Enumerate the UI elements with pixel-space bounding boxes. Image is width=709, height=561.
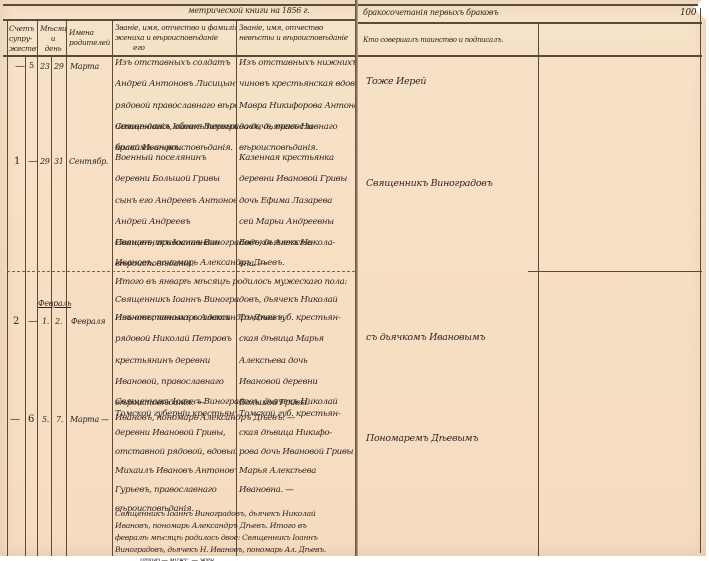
record-3-count: 2 — [13, 317, 19, 327]
col-line-1 — [37, 19, 38, 556]
register-sheet: метрической книги на 1856 г. Счетъ супру… — [0, 0, 706, 556]
record-4-day: 7. — [56, 416, 63, 424]
header-count: Счетъ супру- жествъ — [9, 24, 37, 54]
record-2-name: Сентябр. — [69, 158, 108, 166]
right-entry-1: Тоже Иерей — [366, 77, 426, 87]
right-entry-4: Пономаремъ Дѣевымъ — [366, 434, 478, 444]
record-1-count: — — [15, 62, 25, 72]
right-edge-line — [700, 8, 701, 553]
left-header-title: метрической книги на 1856 г. — [188, 7, 309, 15]
col-line-2 — [66, 19, 67, 556]
record-1-name: Марта — [70, 63, 99, 71]
record-4-seq: 6 — [28, 415, 34, 425]
header-month-day: Мѣсяцъ и день — [40, 24, 66, 54]
record-1-month: 23 — [40, 63, 50, 71]
page-fold — [355, 0, 358, 556]
record-3-name: Февраля — [71, 318, 105, 326]
record-3-seq: — — [28, 317, 38, 327]
header-groom: Званіе, имя, отчество и фамилія жениха и… — [115, 23, 236, 53]
rule-right-top — [358, 4, 698, 6]
right-col-line — [538, 22, 539, 556]
record-2-count: 1 — [14, 157, 20, 167]
record-4-witnesses: Священникъ Іоаннъ Виноградовъ, дьячекъ Н… — [115, 508, 355, 561]
right-entry-2: Священникъ Виноградовъ — [366, 179, 493, 189]
rule-right-header-columns — [358, 55, 702, 57]
record-3-day: 2. — [55, 318, 62, 326]
right-entry-3: съ дьячкомъ Ивановымъ — [366, 333, 485, 343]
header-bride: Званіе, имя, отчество невѣсты и вѣроиспо… — [239, 23, 355, 43]
record-1-day: 29 — [54, 63, 64, 71]
rule-right-mid — [528, 271, 702, 272]
month-label-february: Февраль — [38, 300, 71, 308]
col-line-3 — [112, 19, 113, 556]
record-2-day: 31 — [54, 158, 64, 166]
header-performed-by: Кто совершалъ таинство и подписалъ. — [363, 37, 503, 44]
record-1-seq: 5 — [29, 62, 34, 70]
record-4-bride: Томской губ. крестьян- ская дѣвица Никиф… — [239, 405, 355, 500]
rule-right-header-title — [358, 22, 702, 24]
record-2-seq: — — [28, 157, 38, 167]
record-3-month: 1. — [42, 318, 49, 326]
col-line-1a — [25, 55, 26, 556]
record-4-month: 5. — [42, 416, 49, 424]
record-4-name: Марта — — [70, 416, 109, 424]
header-names: Имена родителей — [69, 28, 112, 48]
record-4-count: — — [10, 415, 20, 425]
rule-header-title — [3, 19, 355, 21]
record-4-groom: Томской губерніи крестьянъ деревни Ивано… — [115, 405, 236, 519]
col-line-0 — [7, 19, 8, 556]
record-2-month: 29 — [40, 158, 50, 166]
page-number: 100 — [680, 9, 696, 18]
right-header-title: бракосочетанія первыхъ браковъ — [363, 9, 498, 17]
